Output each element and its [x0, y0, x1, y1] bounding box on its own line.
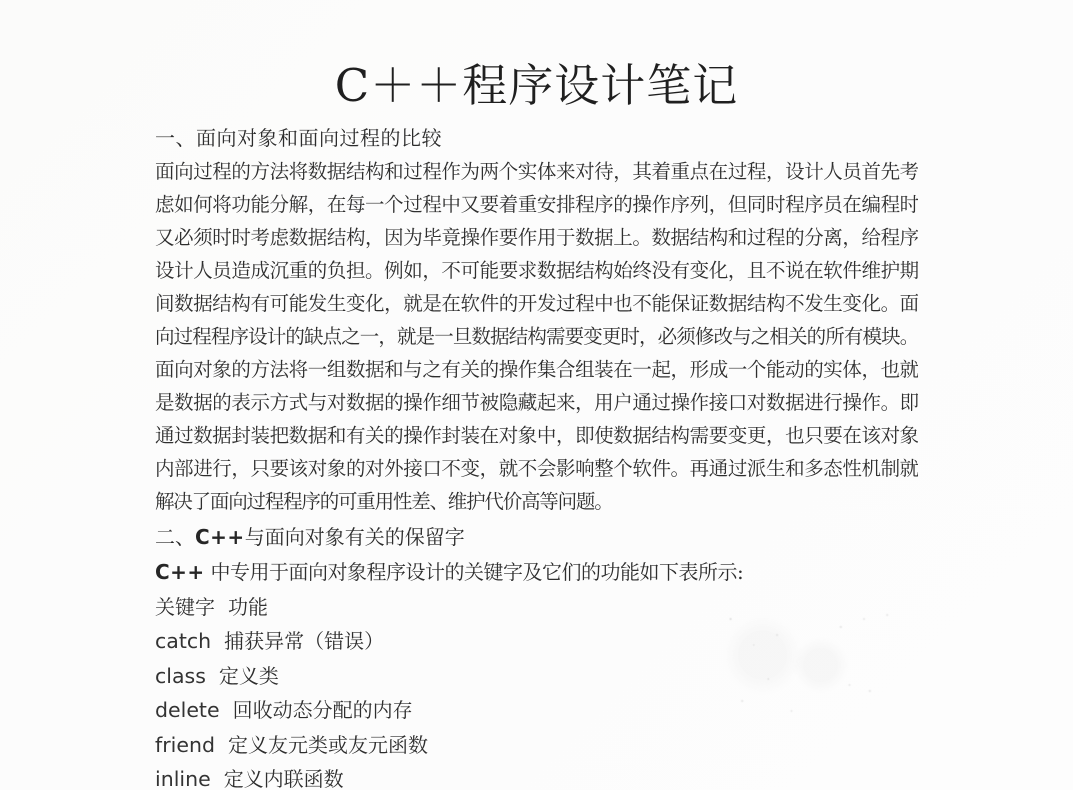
keyword-description: 捕获异常（错误）	[224, 629, 384, 653]
keyword-list: catch捕获异常（错误） class定义类 delete回收动态分配的内存 f…	[155, 624, 918, 790]
section1-paragraph: 面向过程的方法将数据结构和过程作为两个实体来对待，其着重点在过程，设计人员首先考…	[155, 155, 918, 518]
table-header-function-label: 功能	[228, 595, 268, 619]
document-page: C＋＋程序设计笔记 一、面向对象和面向过程的比较 面向过程的方法将数据结构和过程…	[0, 0, 1073, 790]
section2-heading-keyword: C++	[195, 525, 245, 549]
paragraph-line: 内部进行，只要该对象的对外接口不变，就不会影响整个软件。再通过派生和多态性机制就	[155, 452, 918, 485]
paragraph-line: 设计人员造成沉重的负担。例如，不可能要求数据结构始终没有变化，且不说在软件维护期	[155, 254, 918, 287]
keyword-name: class	[155, 664, 206, 688]
table-header-keyword-label: 关键字	[155, 595, 215, 619]
paragraph-line: 通过数据封装把数据和有关的操作封装在对象中，即使数据结构需要变更，也只要在该对象	[155, 419, 918, 452]
keyword-description: 回收动态分配的内存	[233, 698, 413, 722]
paragraph-line: 面向对象的方法将一组数据和与之有关的操作集合组装在一起，形成一个能动的实体，也就	[155, 353, 918, 386]
section2-heading: 二、C++与面向对象有关的保留字	[155, 520, 918, 555]
keyword-name: catch	[155, 629, 211, 653]
paragraph-line: 面向过程的方法将数据结构和过程作为两个实体来对待，其着重点在过程，设计人员首先考	[155, 155, 918, 188]
keyword-row: class定义类	[155, 659, 918, 694]
keyword-description: 定义内联函数	[224, 767, 344, 790]
keyword-row: inline定义内联函数	[155, 762, 918, 790]
section2-intro: C++ 中专用于面向对象程序设计的关键字及它们的功能如下表所示:	[155, 555, 918, 590]
keyword-name: inline	[155, 767, 211, 790]
paragraph-line: 向过程程序设计的缺点之一，就是一旦数据结构需要变更时，必须修改与之相关的所有模块…	[155, 320, 918, 353]
paragraph-line: 是数据的表示方式与对数据的操作细节被隐藏起来，用户通过操作接口对数据进行操作。即	[155, 386, 918, 419]
keyword-name: delete	[155, 698, 220, 722]
keyword-table-header: 关键字功能	[155, 590, 918, 624]
paragraph-line: 又必须时时考虑数据结构，因为毕竟操作要作用于数据上。数据结构和过程的分离，给程序	[155, 221, 918, 254]
page-title: C＋＋程序设计笔记	[155, 54, 918, 118]
keyword-row: catch捕获异常（错误）	[155, 624, 918, 659]
intro-text: 中专用于面向对象程序设计的关键字及它们的功能如下表所示:	[205, 560, 744, 584]
keyword-row: friend定义友元类或友元函数	[155, 728, 918, 763]
section1-heading: 一、面向对象和面向过程的比较	[155, 122, 918, 155]
keyword-description: 定义类	[219, 664, 279, 688]
paragraph-line: 解决了面向过程程序的可重用性差、维护代价高等问题。	[155, 485, 918, 518]
keyword-row: delete回收动态分配的内存	[155, 693, 918, 728]
intro-keyword: C++	[155, 560, 205, 584]
section2-heading-prefix: 二、	[155, 525, 195, 549]
paragraph-line: 虑如何将功能分解，在每一个过程中又要着重安排程序的操作序列，但同时程序员在编程时	[155, 188, 918, 221]
keyword-description: 定义友元类或友元函数	[228, 733, 428, 757]
keyword-name: friend	[155, 733, 215, 757]
section2-heading-suffix: 与面向对象有关的保留字	[245, 525, 465, 549]
document-content: C＋＋程序设计笔记 一、面向对象和面向过程的比较 面向过程的方法将数据结构和过程…	[155, 54, 918, 790]
paragraph-line: 间数据结构有可能发生变化，就是在软件的开发过程中也不能保证数据结构不发生变化。面	[155, 287, 918, 320]
